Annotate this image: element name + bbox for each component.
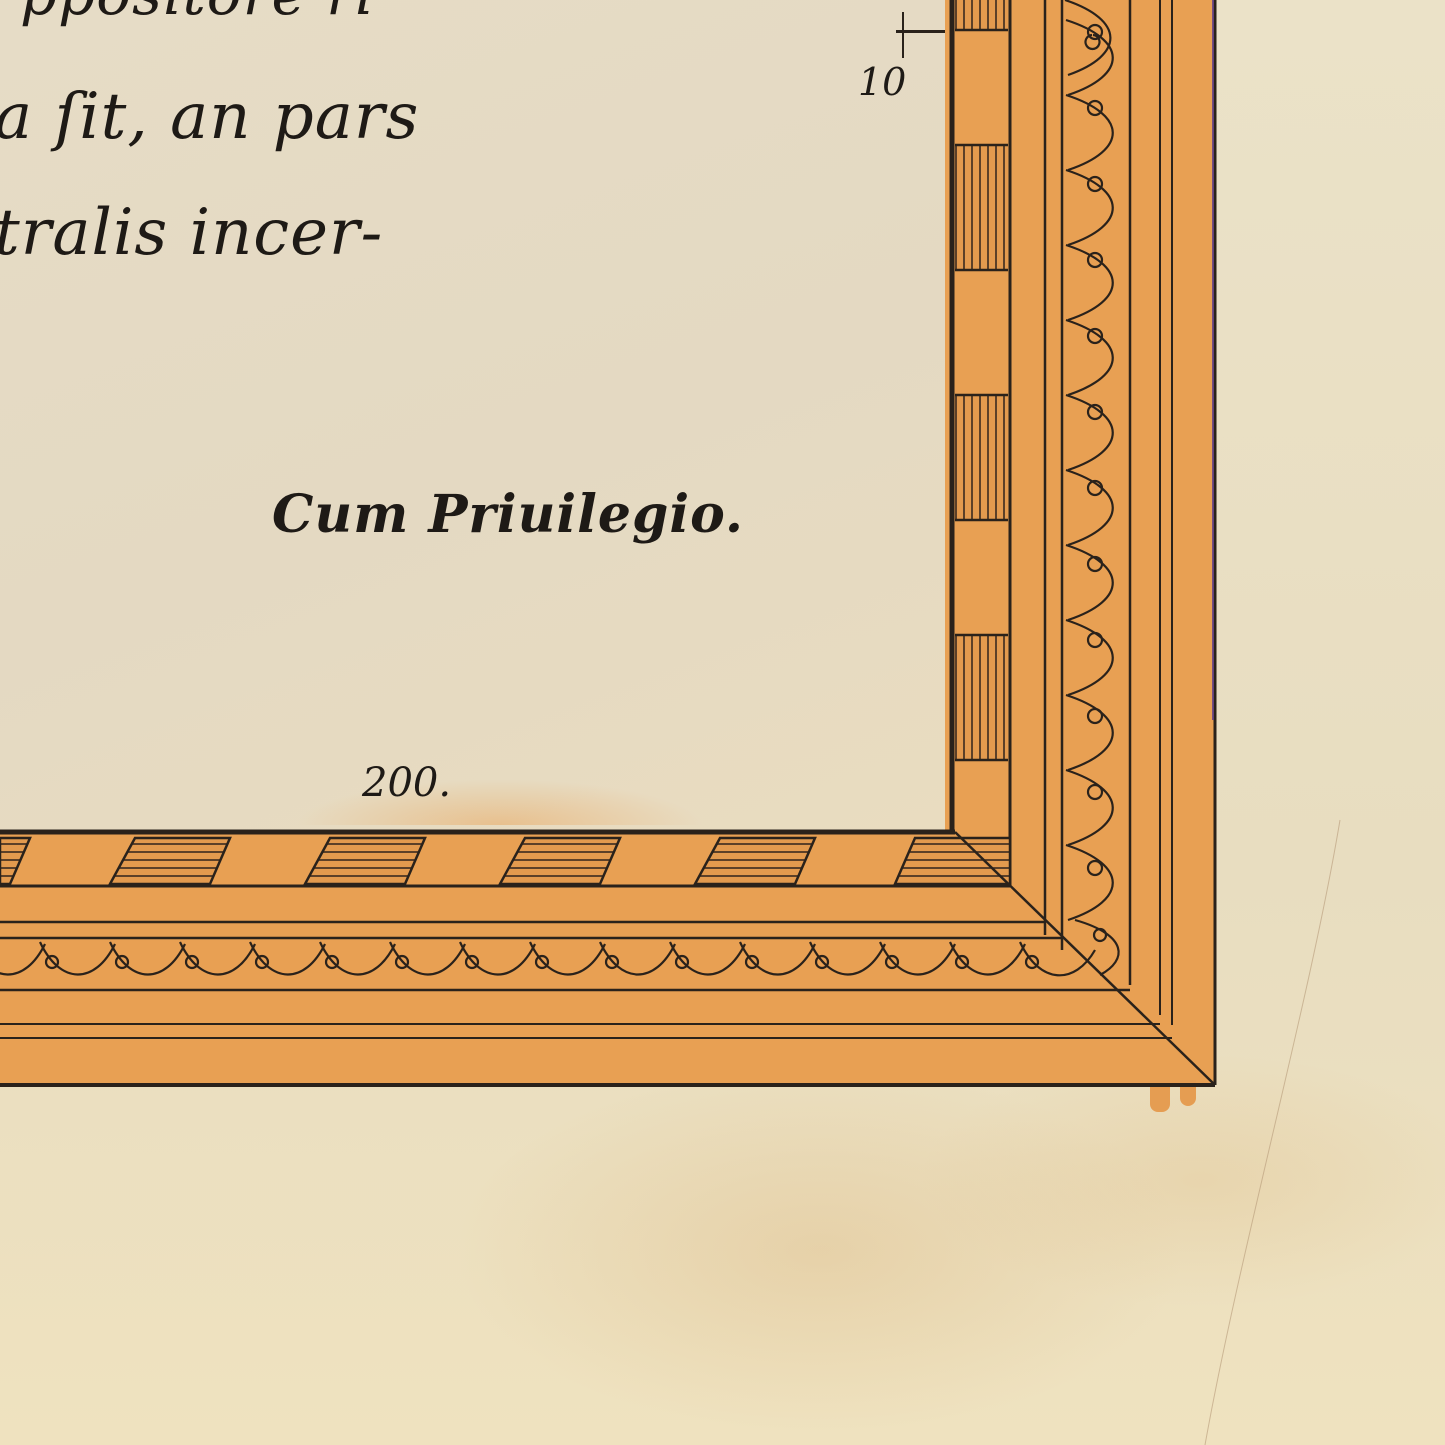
frame-engraving bbox=[0, 0, 1445, 1445]
latitude-scale-bar bbox=[955, 0, 1008, 760]
longitude-scale-bar bbox=[0, 838, 1010, 884]
rope-ornament-right bbox=[1045, 0, 1215, 1085]
